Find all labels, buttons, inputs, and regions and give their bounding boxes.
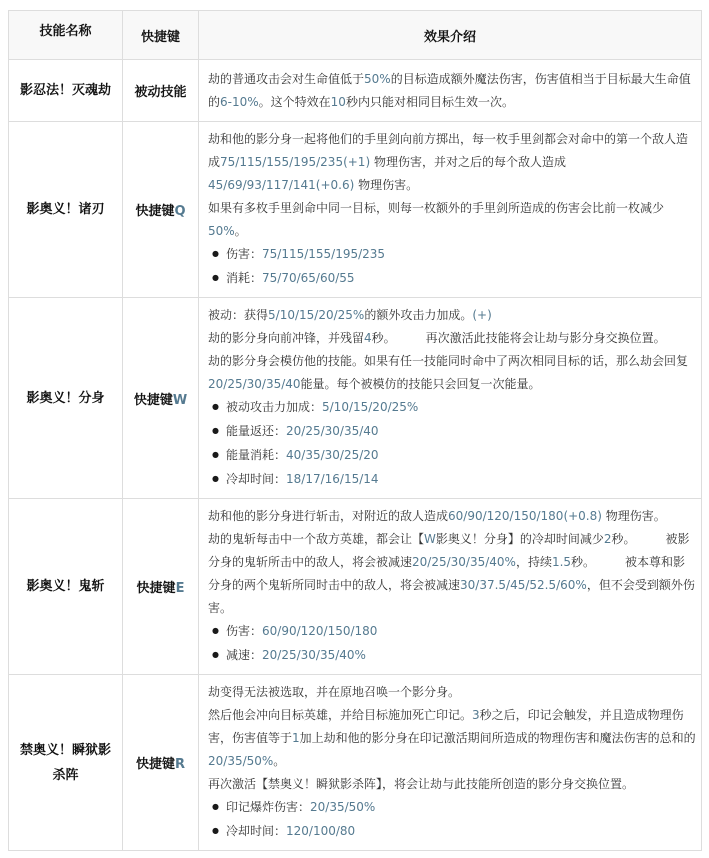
stat-item: 印记爆炸伤害：20/35/50% [208,796,697,820]
description-paragraph: 劫和他的影分身一起将他们的手里剑向前方掷出，每一枚手里剑都会对命中的第一个敌人造… [208,128,697,197]
stat-number: 50% [364,72,391,86]
hotkey-text: 快捷键 [136,757,175,772]
description-text: 秒。 再次激活此技能将会让劫与影分身交换位置。 [372,331,666,345]
stat-number: 20/25/30/35/40% [412,555,516,569]
stat-item: 伤害：75/115/155/195/235 [208,243,697,267]
table-row: 影奥义！鬼斩 快捷键E 劫和他的影分身进行斩击，对附近的敌人造成60/90/12… [9,499,702,675]
stat-label: 印记爆炸伤害： [226,800,310,814]
stat-value: 20/35/50% [310,800,375,814]
hotkey-text: 快捷键 [135,204,174,219]
description-text: 劫的鬼斩每击中一个敌方英雄，都会让【 [208,532,424,546]
stat-item: 能量消耗：40/35/30/25/20 [208,444,697,468]
hotkey-cell: 快捷键R [123,675,199,851]
stat-number: 5/10/15/20/25% [268,308,364,322]
stat-number: 10 [331,95,346,109]
stat-label: 被动攻击力加成： [226,400,322,414]
stat-label: 能量消耗： [226,448,286,462]
stat-list: 印记爆炸伤害：20/35/50%冷却时间：120/100/80 [208,796,697,844]
stat-list: 伤害：60/90/120/150/180减速：20/25/30/35/40% [208,620,697,668]
description-text: 物理伤害，并对之后的每个敌人造成 [370,155,566,169]
stat-item: 能量返还：20/25/30/35/40 [208,420,697,444]
skill-table: 技能名称 快捷键 效果介绍 影忍法！灭魂劫 被动技能 劫的普通攻击会对生命值低于… [8,10,702,851]
skill-description: 被动：获得5/10/15/20/25%的额外攻击力加成。(+)劫的影分身向前冲锋… [199,298,702,499]
hotkey-key: E [176,581,185,596]
stat-label: 伤害： [226,624,262,638]
description-text: 秒内只能对相同目标生效一次。 [346,95,514,109]
description-text: 物理伤害。 [602,509,666,523]
stat-label: 冷却时间： [226,472,286,486]
description-paragraph: 劫的鬼斩每击中一个敌方英雄，都会让【W影奥义！分身】的冷却时间减少2秒。 被影分… [208,528,697,620]
skill-name: 禁奥义！瞬狱影杀阵 [9,675,123,851]
hotkey-cell: 快捷键Q [123,122,199,298]
stat-number: (+) [472,308,491,322]
skill-description: 劫变得无法被选取，并在原地召唤一个影分身。然后他会冲向目标英雄，并给目标施加死亡… [199,675,702,851]
description-text: 的额外攻击力加成。 [364,308,472,322]
skill-description: 劫的普通攻击会对生命值低于50%的目标造成额外魔法伤害，伤害值相当于目标最大生命… [199,60,702,122]
stat-value: 75/70/65/60/55 [262,271,355,285]
description-text: 劫变得无法被选取，并在原地召唤一个影分身。 [208,685,460,699]
stat-list: 被动攻击力加成：5/10/15/20/25%能量返还：20/25/30/35/4… [208,396,697,492]
stat-number: 45/69/93/117/141(+0.6) [208,178,354,192]
stat-number: 20/35/50% [208,754,273,768]
stat-value: 20/25/30/35/40 [286,424,379,438]
description-text: 物理伤害。 [354,178,418,192]
stat-value: 40/35/30/25/20 [286,448,379,462]
description-text: 劫的影分身会模仿他的技能。如果有任一技能同时命中了两次相同目标的话，那么劫会回复 [208,354,688,368]
description-paragraph: 劫的普通攻击会对生命值低于50%的目标造成额外魔法伤害，伤害值相当于目标最大生命… [208,68,697,114]
stat-number: 75/115/155/195/235(+1) [220,155,370,169]
description-text: ，持续 [516,555,552,569]
column-header-hotkey: 快捷键 [123,11,199,60]
hotkey-cell: 快捷键E [123,499,199,675]
hotkey-key: W [173,393,187,408]
stat-value: 20/25/30/35/40% [262,648,366,662]
hotkey-key: Q [174,204,185,219]
hotkey-text: 被动技能 [134,85,186,100]
description-paragraph: 劫变得无法被选取，并在原地召唤一个影分身。 [208,681,697,704]
stat-number: 60/90/120/150/180(+0.8) [448,509,602,523]
description-text: 被动：获得 [208,308,268,322]
stat-label: 减速： [226,648,262,662]
table-row: 禁奥义！瞬狱影杀阵 快捷键R 劫变得无法被选取，并在原地召唤一个影分身。然后他会… [9,675,702,851]
description-text: 加上劫和他的影分身在印记激活期间所造成的物理伤害和魔法伤害的总和的 [300,731,696,745]
table-row: 影奥义！诸刃 快捷键Q 劫和他的影分身一起将他们的手里剑向前方掷出，每一枚手里剑… [9,122,702,298]
hotkey-key: R [175,757,185,772]
description-paragraph: 然后他会冲向目标英雄，并给目标施加死亡印记。3秒之后，印记会触发，并且造成物理伤… [208,704,697,773]
stat-value: 120/100/80 [286,824,355,838]
stat-number: 6-10% [220,95,259,109]
stat-label: 消耗： [226,271,262,285]
stat-number: 20/25/30/35/40 [208,377,301,391]
stat-value: 75/115/155/195/235 [262,247,385,261]
description-text: 。 [235,224,247,238]
hotkey-cell: 被动技能 [123,60,199,122]
stat-item: 冷却时间：18/17/16/15/14 [208,468,697,492]
skill-name: 影忍法！灭魂劫 [9,60,123,122]
description-paragraph: 如果有多枚手里剑命中同一目标，则每一枚额外的手里剑所造成的伤害会比前一枚减少50… [208,197,697,243]
description-text: 影奥义！分身】的冷却时间减少 [436,532,604,546]
stat-number: 30/37.5/45/52.5/60% [460,578,587,592]
stat-label: 冷却时间： [226,824,286,838]
stat-number: 1 [292,731,300,745]
description-text: 劫的影分身向前冲锋，并残留 [208,331,364,345]
stat-number: 4 [364,331,372,345]
skill-table-body: 影忍法！灭魂劫 被动技能 劫的普通攻击会对生命值低于50%的目标造成额外魔法伤害… [9,60,702,851]
stat-label: 伤害： [226,247,262,261]
stat-number: 3 [472,708,480,722]
skill-name: 影奥义！分身 [9,298,123,499]
description-text: 如果有多枚手里剑命中同一目标，则每一枚额外的手里剑所造成的伤害会比前一枚减少 [208,201,664,215]
stat-value: 60/90/120/150/180 [262,624,377,638]
stat-item: 伤害：60/90/120/150/180 [208,620,697,644]
table-row: 影忍法！灭魂劫 被动技能 劫的普通攻击会对生命值低于50%的目标造成额外魔法伤害… [9,60,702,122]
header-row: 技能名称 快捷键 效果介绍 [9,11,702,60]
skill-name: 影奥义！诸刃 [9,122,123,298]
description-text: 劫和他的影分身进行斩击，对附近的敌人造成 [208,509,448,523]
stat-number: 50% [208,224,235,238]
stat-label: 能量返还： [226,424,286,438]
description-paragraph: 再次激活【禁奥义！瞬狱影杀阵】，将会让劫与此技能所创造的影分身交换位置。 [208,773,697,796]
description-paragraph: 劫的影分身向前冲锋，并残留4秒。 再次激活此技能将会让劫与影分身交换位置。 [208,327,697,350]
stat-number: 2 [604,532,612,546]
description-paragraph: 被动：获得5/10/15/20/25%的额外攻击力加成。(+) [208,304,697,327]
skill-description: 劫和他的影分身进行斩击，对附近的敌人造成60/90/120/150/180(+0… [199,499,702,675]
description-text: 能量。每个被模仿的技能只会回复一次能量。 [301,377,541,391]
skill-name: 影奥义！鬼斩 [9,499,123,675]
hotkey-cell: 快捷键W [123,298,199,499]
hotkey-text: 快捷键 [134,393,173,408]
stat-value: 18/17/16/15/14 [286,472,379,486]
description-text: 。 [273,754,285,768]
description-text: 劫的普通攻击会对生命值低于 [208,72,364,86]
description-text: 。这个特效在 [259,95,331,109]
stat-item: 消耗：75/70/65/60/55 [208,267,697,291]
skill-description: 劫和他的影分身一起将他们的手里剑向前方掷出，每一枚手里剑都会对命中的第一个敌人造… [199,122,702,298]
hotkey-text: 快捷键 [137,581,176,596]
description-text: 然后他会冲向目标英雄，并给目标施加死亡印记。 [208,708,472,722]
stat-item: 冷却时间：120/100/80 [208,820,697,844]
stat-number: 1.5 [552,555,571,569]
description-paragraph: 劫的影分身会模仿他的技能。如果有任一技能同时命中了两次相同目标的话，那么劫会回复… [208,350,697,396]
stat-number: W [424,532,436,546]
stat-value: 5/10/15/20/25% [322,400,418,414]
stat-list: 伤害：75/115/155/195/235消耗：75/70/65/60/55 [208,243,697,291]
table-row: 影奥义！分身 快捷键W 被动：获得5/10/15/20/25%的额外攻击力加成。… [9,298,702,499]
column-header-skill-name: 技能名称 [9,11,123,60]
stat-item: 减速：20/25/30/35/40% [208,644,697,668]
stat-item: 被动攻击力加成：5/10/15/20/25% [208,396,697,420]
column-header-effect: 效果介绍 [199,11,702,60]
description-text: 再次激活【禁奥义！瞬狱影杀阵】，将会让劫与此技能所创造的影分身交换位置。 [208,777,634,791]
description-paragraph: 劫和他的影分身进行斩击，对附近的敌人造成60/90/120/150/180(+0… [208,505,697,528]
